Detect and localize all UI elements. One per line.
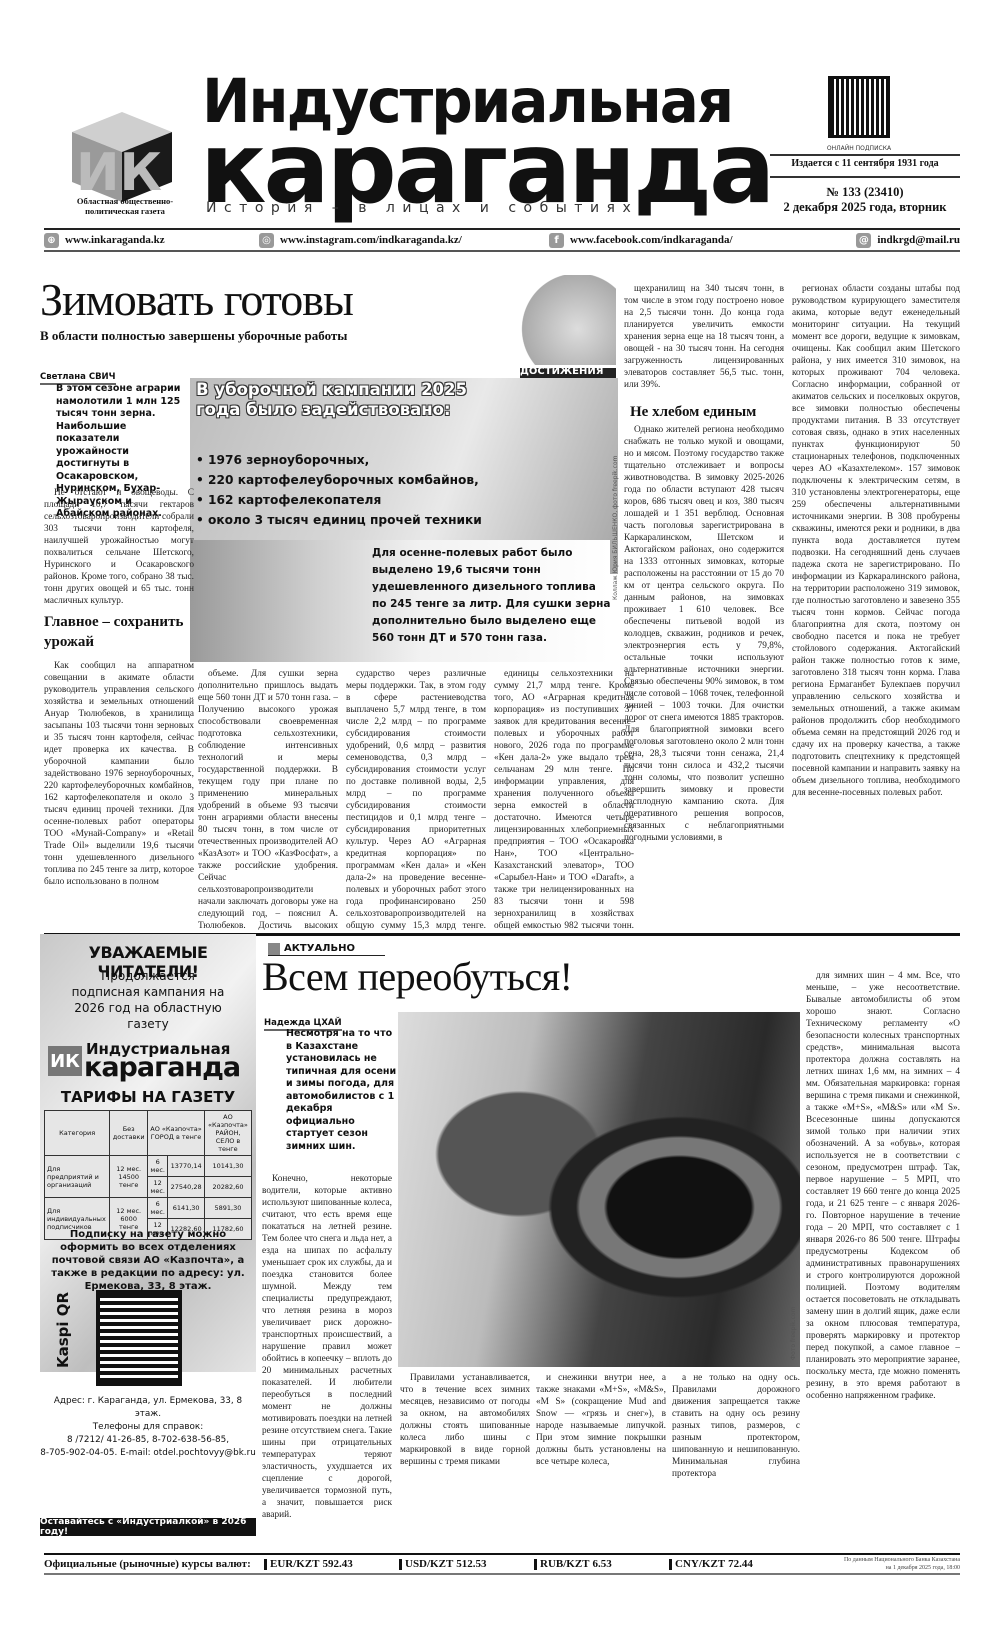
city-price-cell: 27540,28 xyxy=(168,1177,205,1198)
article1-col3: сударство через различные меры поддержки… xyxy=(346,668,486,930)
logo-caption: Областная общественно-политическая газет… xyxy=(66,196,184,216)
issue-date: 2 декабря 2025 года, вторник xyxy=(770,200,960,215)
column-header: АО «Казпочта» РАЙОН, СЕЛО в тенге xyxy=(204,1111,251,1156)
currency-value: 512.53 xyxy=(456,1558,486,1570)
period-cell: 6 мес. xyxy=(148,1156,168,1177)
currency-value: 592.43 xyxy=(323,1558,353,1570)
infographic-title: В уборочной кампании 2025 года было заде… xyxy=(196,380,516,420)
globe-icon: ⊕ xyxy=(44,233,59,248)
category-cell: Для предприятий и организаций xyxy=(45,1156,110,1198)
column-header: Без доставки xyxy=(110,1111,148,1156)
currency-value: 72.44 xyxy=(728,1558,753,1570)
period-cell: 12 мес. xyxy=(148,1177,168,1198)
contact-email[interactable]: @ indkrgd@mail.ru xyxy=(856,233,960,248)
article1-col1: Не отстают и овощеводы. С площади 10,7 т… xyxy=(44,487,194,607)
contact-facebook[interactable]: f www.facebook.com/indkaraganda/ xyxy=(549,233,819,248)
contact-bar: ⊕ www.inkaraganda.kz ◎ www.instagram.com… xyxy=(44,228,960,252)
divider xyxy=(770,154,960,156)
facebook-link[interactable]: www.facebook.com/indkaraganda/ xyxy=(570,234,733,246)
rate-rub: RUB/KZT6.53 xyxy=(534,1558,669,1570)
issue-info: № 133 (23410) 2 декабря 2025 года, вторн… xyxy=(770,185,960,215)
instagram-icon: ◎ xyxy=(259,233,274,248)
article2-headline: Всем переобуться! xyxy=(262,955,572,999)
table-header-row: Категория Без доставки АО «Казпочта» ГОР… xyxy=(45,1111,252,1156)
currency-pair: USD/KZT xyxy=(405,1558,453,1570)
ad-intro: Продолжается подписная кампания на 2026 … xyxy=(40,968,256,1032)
list-item: • 220 картофелеуборочных комбайнов, xyxy=(196,470,482,490)
article1-col4: единицы сельхозтехники на сумму 21,7 млр… xyxy=(494,668,634,930)
article1-col5a: щехранилищ на 340 тысяч тонн, в том числ… xyxy=(624,283,784,391)
column-header: АО «Казпочта» ГОРОД в тенге xyxy=(148,1111,205,1156)
article2-col2: Правилами устанавливается, что в течение… xyxy=(400,1372,530,1468)
qr-caption: ОНЛАЙН ПОДПИСКА xyxy=(814,145,904,152)
ad-address: Адрес: г. Караганда, ул. Ермекова, 33, 8… xyxy=(40,1395,256,1421)
contact-website[interactable]: ⊕ www.inkaraganda.kz xyxy=(44,233,259,248)
article1-col1b: Как сообщил на аппаратном совещании в ак… xyxy=(44,660,194,930)
rate-usd: USD/KZT512.53 xyxy=(399,1558,534,1570)
published-since: Издается с 11 сентября 1931 года xyxy=(770,158,960,169)
list-item: • 1976 зерноуборочных, xyxy=(196,450,482,470)
currency-bar: Официальные (рыночные) курсы валют: EUR/… xyxy=(44,1553,960,1575)
agro-illustration xyxy=(520,275,616,365)
currency-pair: EUR/KZT xyxy=(270,1558,320,1570)
rural-price-cell: 20282,60 xyxy=(204,1177,251,1198)
no-delivery-cell: 12 мес. 14500 тенге xyxy=(110,1156,148,1198)
period-cell: 6 мес. xyxy=(148,1198,168,1219)
currency-source: По данным Национального Банка Казахстана… xyxy=(844,1556,960,1572)
svg-text:ИК: ИК xyxy=(76,143,162,203)
ad-footer-slogan: Оставайтесь с «Индустриалкой» в 2026 год… xyxy=(40,1518,256,1536)
city-price-cell: 13770,14 xyxy=(168,1156,205,1177)
article1-subhead-b: Не хлебом единым xyxy=(630,402,756,422)
kaspi-qr-code[interactable] xyxy=(96,1290,182,1386)
masthead-tagline: История – в лицах и событиях xyxy=(206,200,638,216)
rural-price-cell: 10141,30 xyxy=(204,1156,251,1177)
photo-credit: Фото freepik.com xyxy=(790,1307,797,1360)
article2-lead: Несмотря на то что в Казахстане установи… xyxy=(286,1028,398,1153)
facebook-icon: f xyxy=(549,233,564,248)
ad-how-to-subscribe: Подписку на газету можно оформить во все… xyxy=(40,1228,256,1293)
rural-price-cell: 5891,30 xyxy=(204,1198,251,1219)
article1-byline: Светлана СВИЧ xyxy=(40,366,116,384)
infographic-fuel-text: Для осенне-полевых работ было выделено 1… xyxy=(372,545,612,647)
table-row: Для предприятий и организаций 12 мес. 14… xyxy=(45,1156,252,1177)
article1-subhead-a: Главное – сохранить урожай xyxy=(44,612,194,652)
rate-cny: CNY/KZT72.44 xyxy=(669,1558,809,1570)
source-line: на 1 декабря 2025 года, 18:00 xyxy=(844,1564,960,1572)
currency-value: 6.53 xyxy=(593,1558,612,1570)
email-link[interactable]: indkrgd@mail.ru xyxy=(877,234,960,246)
city-price-cell: 6141,30 xyxy=(168,1198,205,1219)
subscription-qr-code[interactable] xyxy=(828,76,890,138)
column-header: Категория xyxy=(45,1111,110,1156)
ad-phones: 8 /7212/ 41-26-85, 8-702-638-56-85, xyxy=(40,1434,256,1447)
kaspi-qr-label: Kaspi QR xyxy=(54,1292,72,1368)
logo[interactable]: ИК xyxy=(62,102,180,207)
ad-contacts: Адрес: г. Караганда, ул. Ермекова, 33, 8… xyxy=(40,1395,256,1460)
tariffs-table: Категория Без доставки АО «Казпочта» ГОР… xyxy=(44,1110,252,1240)
article2-col1: Конечно, некоторые водители, которые акт… xyxy=(262,1173,392,1538)
currency-pair: RUB/KZT xyxy=(540,1558,590,1570)
tariffs-title: ТАРИФЫ НА ГАЗЕТУ xyxy=(40,1088,256,1106)
list-item: • 162 картофелекопателя xyxy=(196,490,482,510)
contact-instagram[interactable]: ◎ www.instagram.com/indkaraganda.kz/ xyxy=(259,233,549,248)
ad-phones-label: Телефоны для справок: xyxy=(40,1421,256,1434)
website-link[interactable]: www.inkaraganda.kz xyxy=(65,234,165,246)
article1-col6: регионах области созданы штабы под руков… xyxy=(792,283,960,930)
photo-credit: Коллаж Юрия БИЛЬШЕНКО, фото freepik.com xyxy=(612,456,619,600)
instagram-link[interactable]: www.instagram.com/indkaraganda.kz/ xyxy=(280,234,462,246)
article1-col2: объеме. Для сушки зерна дополнительно пр… xyxy=(198,668,338,930)
article2-col5: для зимних шин – 4 мм. Все, что меньше, … xyxy=(806,970,960,1540)
currency-pair: CNY/KZT xyxy=(675,1558,725,1570)
source-line: По данным Национального Банка Казахстана xyxy=(844,1556,960,1564)
currency-label: Официальные (рыночные) курсы валют: xyxy=(44,1558,264,1570)
rate-eur: EUR/KZT592.43 xyxy=(264,1558,399,1570)
list-item: • около 3 тысяч единиц прочей техники xyxy=(196,510,482,530)
article1-col5b: Однако жителей региона необходимо снабжа… xyxy=(624,424,784,930)
tire-change-photo xyxy=(398,1012,800,1367)
ad-email: 8-705-902-04-05. E-mail: otdel.pochtovyy… xyxy=(40,1447,256,1460)
email-icon: @ xyxy=(856,233,871,248)
article2-col4: а не только на одну ось. Правилами дорож… xyxy=(672,1372,800,1480)
ad-logo-icon: ИК xyxy=(48,1046,82,1076)
article1-headline: Зимовать готовы xyxy=(40,275,353,325)
article2-col3: и снежинки внутри нее, а также знаками «… xyxy=(536,1372,666,1468)
infographic-list: • 1976 зерноуборочных, • 220 картофелеуб… xyxy=(196,450,482,530)
issue-number: № 133 (23410) xyxy=(770,185,960,200)
table-row: Для индивидуальных подписчиков 12 мес. 6… xyxy=(45,1198,252,1219)
divider xyxy=(770,176,960,178)
ad-brand-line2: караганда xyxy=(84,1052,240,1083)
article1-subheadline: В области полностью завершены уборочные … xyxy=(40,328,347,344)
